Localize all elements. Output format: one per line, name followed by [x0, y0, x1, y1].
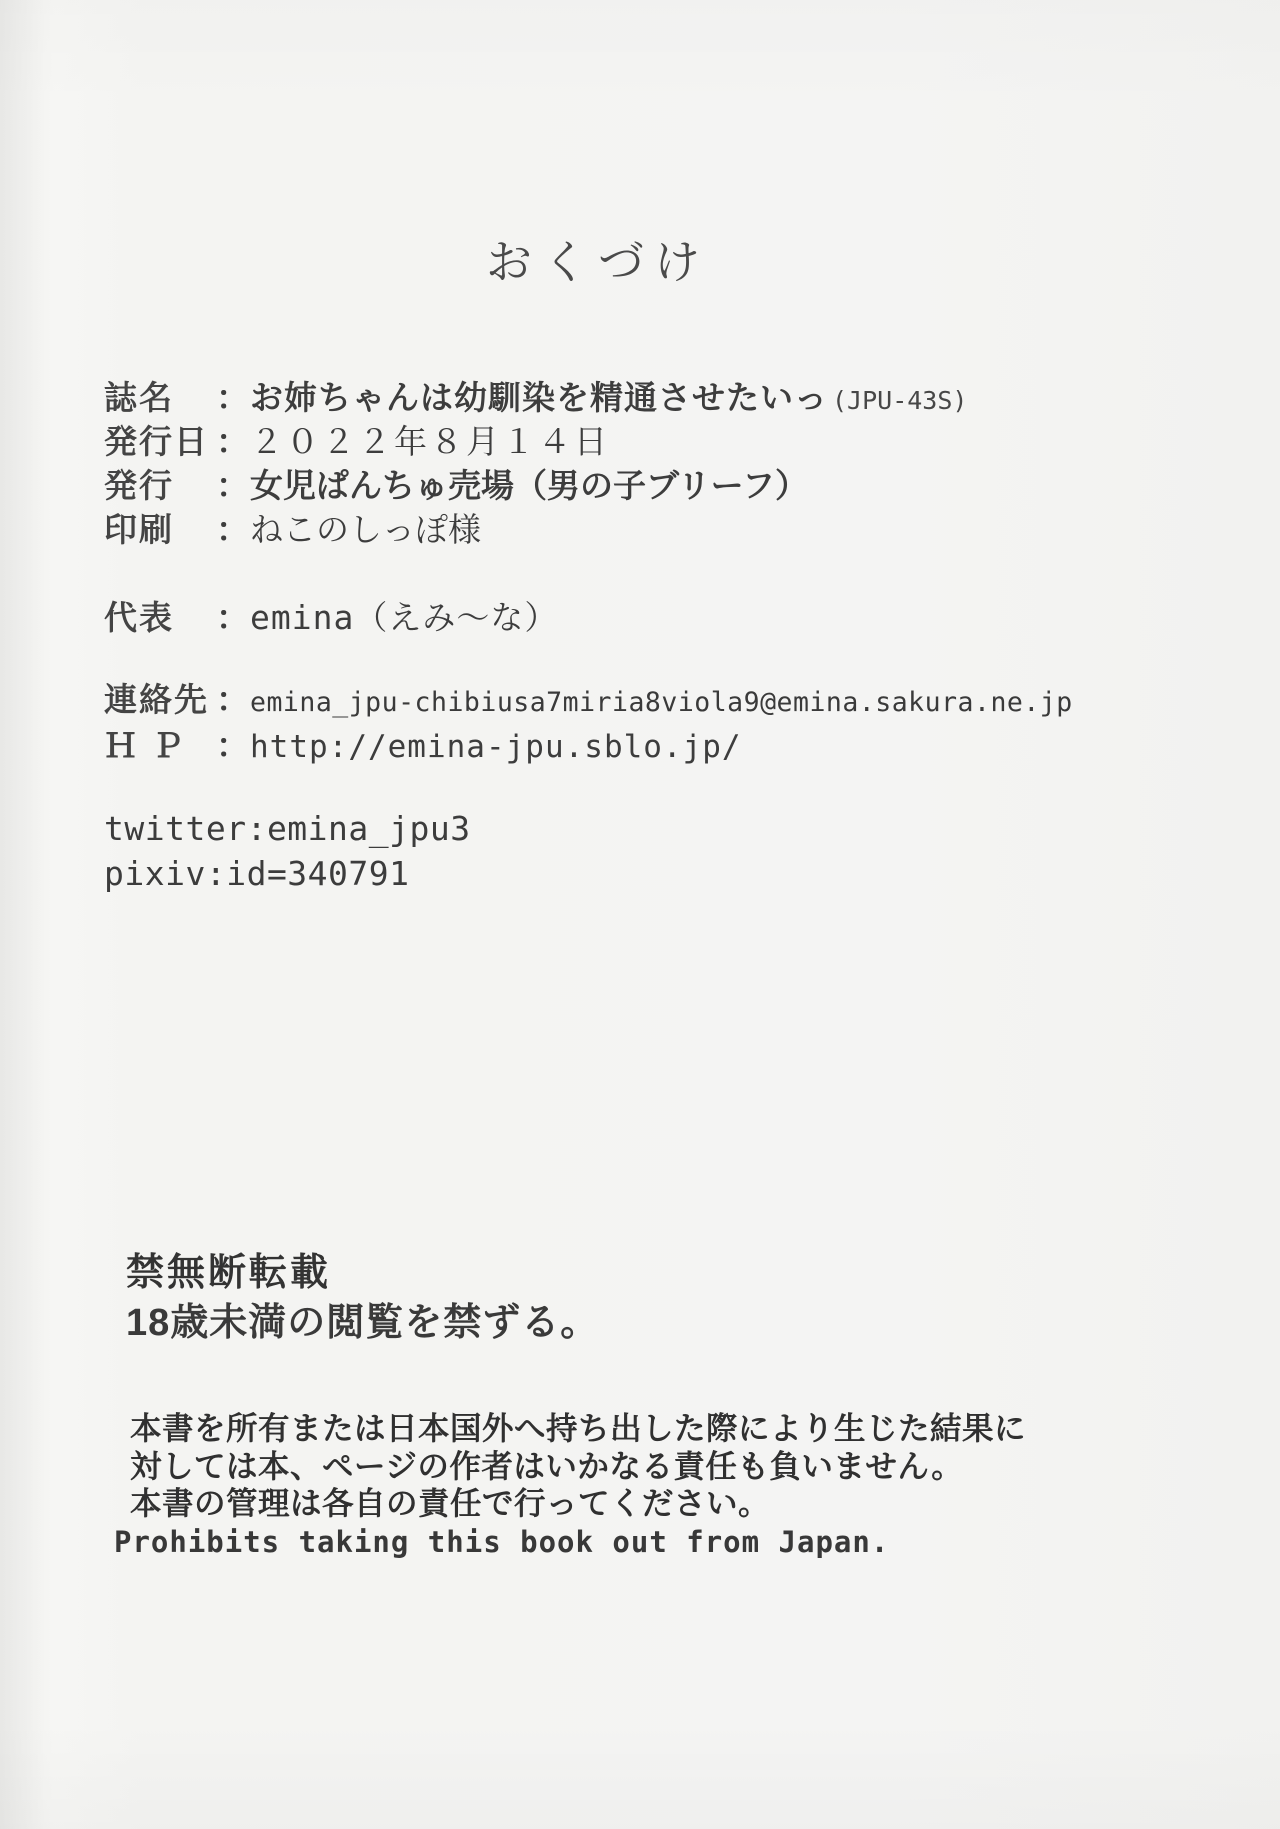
value-book-title: お姉ちゃんは幼馴染を精通させたいっ [250, 372, 828, 419]
value-printer: ねこのしっぽ様 [250, 504, 481, 551]
value-homepage-url: http://emina-jpu.sblo.jp/ [250, 729, 742, 765]
disclaimer-block: 本書を所有または日本国外へ持ち出した際により生じた結果に 対しては本、ページの作… [130, 1410, 1280, 1559]
row-publish-date: 発行日 ： ２０２２年８月１４日 [104, 416, 1280, 460]
colon: ： [216, 720, 250, 767]
value-publish-date: ２０２２年８月１４日 [250, 416, 610, 463]
colon: ： [216, 416, 250, 463]
label-homepage: ＨＰ [104, 720, 216, 767]
value-representative: emina（えみ～な） [250, 592, 558, 639]
pixiv-id: pixiv:id=340791 [104, 851, 1280, 896]
row-representative: 代表 ： emina（えみ～な） [104, 592, 1280, 636]
value-book-code: (JPU-43S) [832, 386, 967, 415]
spacer [104, 548, 1280, 592]
value-contact-email: emina_jpu-chibiusa7miria8viola9@emina.sa… [250, 687, 1073, 718]
row-printer: 印刷 ： ねこのしっぽ様 [104, 504, 1280, 548]
value-publisher: 女児ぱんちゅ売場（男の子ブリーフ） [250, 460, 808, 507]
colon: ： [216, 460, 250, 507]
disclaimer-line-2: 対しては本、ページの作者はいかなる責任も負いません。 [130, 1448, 1280, 1486]
label-printer: 印刷 [104, 504, 216, 551]
label-book-title: 誌名 [104, 372, 216, 419]
row-homepage-url: ＨＰ ： http://emina-jpu.sblo.jp/ [104, 720, 1280, 766]
label-publisher: 発行 [104, 460, 216, 507]
social-block: twitter:emina_jpu3 pixiv:id=340791 [104, 806, 1280, 896]
row-book-title: 誌名 ： お姉ちゃんは幼馴染を精通させたいっ (JPU-43S) [104, 372, 1280, 416]
colon: ： [216, 372, 250, 419]
colon: ： [216, 504, 250, 551]
row-publisher: 発行 ： 女児ぱんちゅ売場（男の子ブリーフ） [104, 460, 1280, 504]
label-contact-email: 連絡先 [104, 674, 216, 721]
label-publish-date: 発行日 [104, 416, 216, 463]
notice-no-reprint: 禁無断転載 [126, 1248, 1280, 1298]
colophon-page: おくづけ 誌名 ： お姉ちゃんは幼馴染を精通させたいっ (JPU-43S) 発行… [0, 0, 1280, 1829]
disclaimer-line-3: 本書の管理は各自の責任で行ってください。 [130, 1485, 1280, 1523]
notice-age-restriction: 18歳未満の閲覧を禁ずる。 [126, 1298, 1280, 1348]
row-contact-email: 連絡先 ： emina_jpu-chibiusa7miria8viola9@em… [104, 674, 1280, 720]
page-title: おくづけ [0, 226, 1238, 292]
disclaimer-line-1: 本書を所有または日本国外へ持ち出した際により生じた結果に [130, 1410, 1280, 1448]
notice-block: 禁無断転載 18歳未満の閲覧を禁ずる。 [126, 1248, 1280, 1348]
label-representative: 代表 [104, 592, 216, 639]
colophon-info-block: 誌名 ： お姉ちゃんは幼馴染を精通させたいっ (JPU-43S) 発行日 ： ２… [104, 372, 1280, 766]
colon: ： [216, 592, 250, 639]
spacer [104, 636, 1280, 674]
colon: ： [216, 674, 250, 721]
twitter-handle: twitter:emina_jpu3 [104, 806, 1280, 851]
disclaimer-line-english: Prohibits taking this book out from Japa… [114, 1525, 1280, 1559]
